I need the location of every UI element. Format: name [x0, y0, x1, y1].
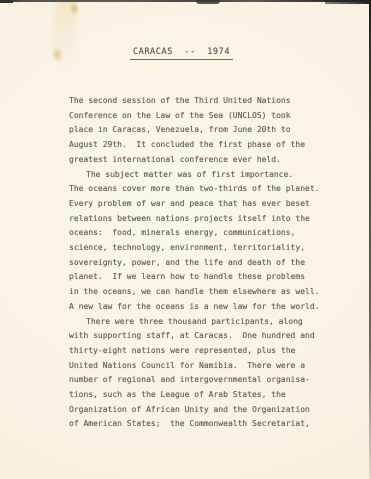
- text-line: relations between nations projects itsel…: [69, 212, 329, 227]
- typed-body: The second session of the Third United N…: [69, 94, 329, 432]
- text-line: greatest international conference ever h…: [69, 153, 329, 168]
- text-line: tions, such as the League of Arab States…: [69, 388, 329, 403]
- text-line: There were three thousand participants, …: [69, 315, 329, 330]
- text-line: place in Caracas, Venezuela, from June 2…: [69, 123, 329, 138]
- text-line: August 29th. It concluded the first phas…: [69, 138, 329, 153]
- scan-edge-notch: [196, 0, 220, 4]
- text-line: Conference on the Law of the Sea (UNCLOS…: [69, 109, 329, 124]
- text-line: science, technology, environment, territ…: [69, 241, 329, 256]
- scanned-document-page: CARACAS -- 1974 The second session of th…: [0, 0, 371, 479]
- text-line: Every problem of war and peace that has …: [69, 197, 329, 212]
- text-line: The oceans cover more than two-thirds of…: [69, 182, 329, 197]
- scan-edge-top-right: [325, 0, 371, 4]
- text-line: in the oceans, we can handle them elsewh…: [69, 285, 329, 300]
- text-line: United Nations Council for Namibia. Ther…: [69, 359, 329, 374]
- text-line: number of regional and intergovernmental…: [69, 373, 329, 388]
- scan-edge-top: [0, 0, 371, 2]
- page-title: CARACAS -- 1974: [130, 47, 233, 60]
- title-row: CARACAS -- 1974: [0, 39, 371, 60]
- text-line: Organization of African Unity and the Or…: [69, 403, 329, 418]
- text-line: of American States; the Commonwealth Sec…: [69, 417, 329, 432]
- stain-spot: [70, 2, 79, 15]
- text-line: The subject matter was of first importan…: [69, 168, 329, 183]
- scan-edge-top-left: [0, 0, 13, 3]
- text-line: planet. If we learn how to handle these …: [69, 270, 329, 285]
- text-line: oceans: food, minerals energy, communica…: [69, 226, 329, 241]
- text-line: thirty-eight nations were represented, p…: [69, 344, 329, 359]
- text-line: with supporting staff, at Caracas. One h…: [69, 329, 329, 344]
- text-line: A new law for the oceans is a new law fo…: [69, 300, 329, 315]
- text-line: sovereignty, power, and the life and dea…: [69, 256, 329, 271]
- text-line: The second session of the Third United N…: [69, 94, 329, 109]
